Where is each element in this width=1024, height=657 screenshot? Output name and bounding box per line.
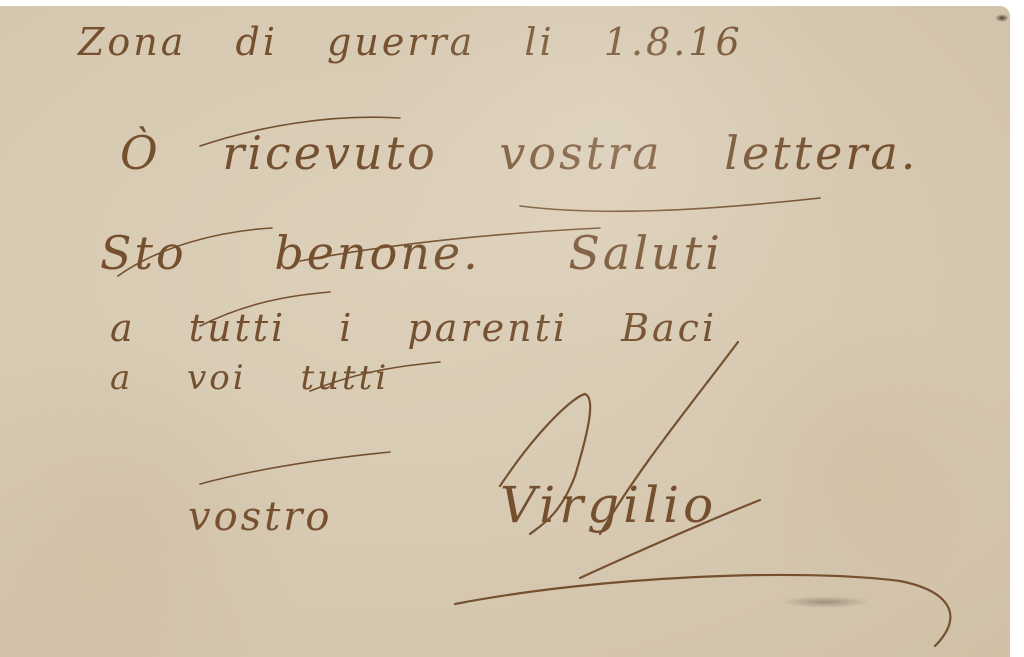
postcard: Zona di guerra li 1.8.16 Ò ricevuto vost… — [0, 6, 1010, 657]
ink-smudge — [780, 596, 870, 608]
corner-stain — [995, 14, 1009, 22]
signature-flourish-icon — [0, 6, 1010, 657]
